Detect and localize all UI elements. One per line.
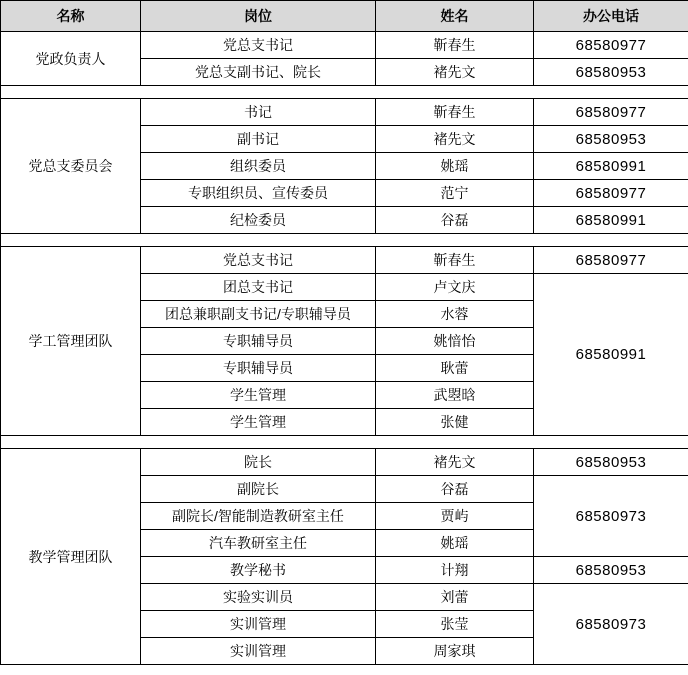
section-name-cell: 党政负责人 [1, 32, 141, 86]
person-name-cell: 计翔 [376, 557, 534, 584]
table-row: 教学管理团队院长褚先文68580953 [1, 449, 688, 476]
position-cell: 组织委员 [141, 153, 376, 180]
column-header-person: 姓名 [376, 1, 534, 32]
position-cell: 实训管理 [141, 611, 376, 638]
person-name-cell: 褚先文 [376, 126, 534, 153]
column-header-position: 岗位 [141, 1, 376, 32]
position-cell: 学生管理 [141, 409, 376, 436]
phone-cell: 68580977 [534, 247, 688, 274]
section-spacer-cell [1, 86, 688, 99]
person-name-cell: 姚愔怡 [376, 328, 534, 355]
staff-directory-screen: 名称 岗位 姓名 办公电话 党政负责人党总支书记靳春生68580977党总支副书… [0, 0, 688, 675]
person-name-cell: 刘蕾 [376, 584, 534, 611]
phone-cell: 68580991 [534, 153, 688, 180]
position-cell: 书记 [141, 99, 376, 126]
table-row: 党总支委员会书记靳春生68580977 [1, 99, 688, 126]
person-name-cell: 靳春生 [376, 247, 534, 274]
position-cell: 专职辅导员 [141, 355, 376, 382]
position-cell: 党总支副书记、院长 [141, 59, 376, 86]
position-cell: 副院长 [141, 476, 376, 503]
position-cell: 副书记 [141, 126, 376, 153]
person-name-cell: 褚先文 [376, 59, 534, 86]
person-name-cell: 水蓉 [376, 301, 534, 328]
section-name-cell: 教学管理团队 [1, 449, 141, 665]
table-body: 党政负责人党总支书记靳春生68580977党总支副书记、院长褚先文6858095… [1, 32, 688, 665]
position-cell: 专职组织员、宣传委员 [141, 180, 376, 207]
position-cell: 实训管理 [141, 638, 376, 665]
section-name-cell: 党总支委员会 [1, 99, 141, 234]
position-cell: 党总支书记 [141, 247, 376, 274]
table-row: 党政负责人党总支书记靳春生68580977 [1, 32, 688, 59]
person-name-cell: 谷磊 [376, 207, 534, 234]
person-name-cell: 谷磊 [376, 476, 534, 503]
person-name-cell: 卢文庆 [376, 274, 534, 301]
position-cell: 院长 [141, 449, 376, 476]
position-cell: 实验实训员 [141, 584, 376, 611]
person-name-cell: 武曌晗 [376, 382, 534, 409]
phone-cell: 68580973 [534, 584, 688, 665]
person-name-cell: 范宁 [376, 180, 534, 207]
phone-cell: 68580953 [534, 449, 688, 476]
person-name-cell: 耿蕾 [376, 355, 534, 382]
header-row: 名称 岗位 姓名 办公电话 [1, 1, 688, 32]
phone-cell: 68580953 [534, 557, 688, 584]
person-name-cell: 周家琪 [376, 638, 534, 665]
table-header: 名称 岗位 姓名 办公电话 [1, 1, 688, 32]
phone-cell: 68580973 [534, 476, 688, 557]
column-header-name: 名称 [1, 1, 141, 32]
phone-cell: 68580991 [534, 274, 688, 436]
position-cell: 党总支书记 [141, 32, 376, 59]
person-name-cell: 靳春生 [376, 99, 534, 126]
person-name-cell: 张莹 [376, 611, 534, 638]
person-name-cell: 靳春生 [376, 32, 534, 59]
position-cell: 纪检委员 [141, 207, 376, 234]
section-spacer-row [1, 86, 688, 99]
position-cell: 专职辅导员 [141, 328, 376, 355]
table-row: 学工管理团队党总支书记靳春生68580977 [1, 247, 688, 274]
staff-directory-table: 名称 岗位 姓名 办公电话 党政负责人党总支书记靳春生68580977党总支副书… [0, 0, 688, 665]
position-cell: 汽车教研室主任 [141, 530, 376, 557]
position-cell: 教学秘书 [141, 557, 376, 584]
position-cell: 团总支书记 [141, 274, 376, 301]
phone-cell: 68580977 [534, 99, 688, 126]
section-name-cell: 学工管理团队 [1, 247, 141, 436]
phone-cell: 68580991 [534, 207, 688, 234]
section-spacer-cell [1, 436, 688, 449]
phone-cell: 68580977 [534, 180, 688, 207]
person-name-cell: 姚瑶 [376, 530, 534, 557]
person-name-cell: 贾屿 [376, 503, 534, 530]
position-cell: 副院长/智能制造教研室主任 [141, 503, 376, 530]
position-cell: 学生管理 [141, 382, 376, 409]
position-cell: 团总兼职副支书记/专职辅导员 [141, 301, 376, 328]
section-spacer-cell [1, 234, 688, 247]
person-name-cell: 张健 [376, 409, 534, 436]
phone-cell: 68580977 [534, 32, 688, 59]
person-name-cell: 姚瑶 [376, 153, 534, 180]
phone-cell: 68580953 [534, 59, 688, 86]
section-spacer-row [1, 234, 688, 247]
column-header-phone: 办公电话 [534, 1, 688, 32]
section-spacer-row [1, 436, 688, 449]
person-name-cell: 褚先文 [376, 449, 534, 476]
phone-cell: 68580953 [534, 126, 688, 153]
